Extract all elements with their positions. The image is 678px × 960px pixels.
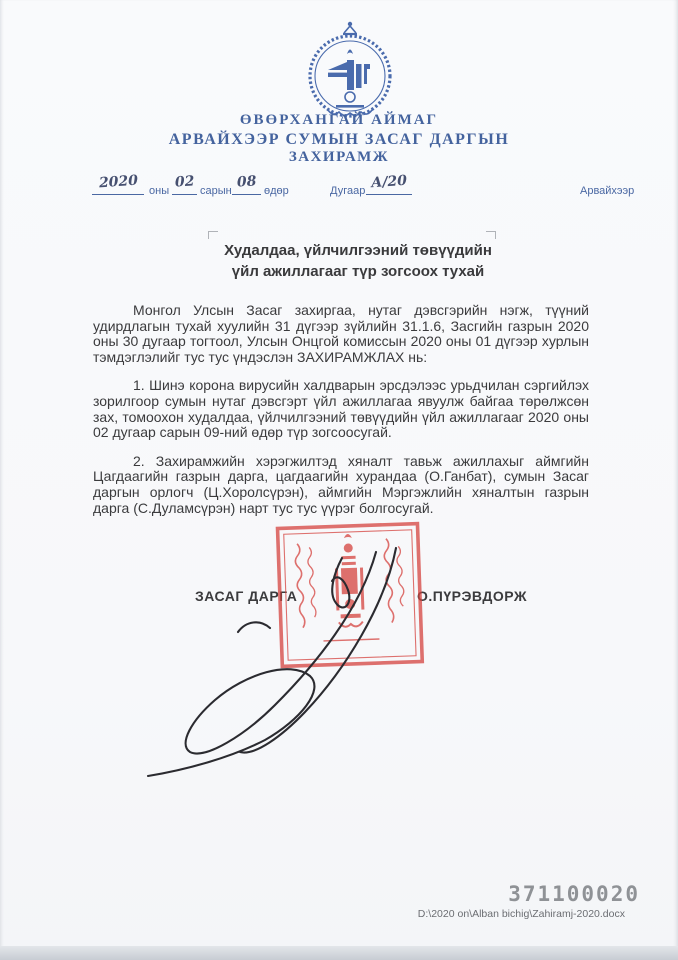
title-cropmark-right xyxy=(486,231,496,239)
day-handwritten: 08 xyxy=(236,171,257,192)
decree-title-line1: Худалдаа, үйлчилгээний төвүүдийн xyxy=(113,240,603,261)
item-2-paragraph: 2. Захирамжийн хэрэгжилтэд хяналт тавьж … xyxy=(93,454,589,516)
month-field: 02 xyxy=(172,172,197,195)
year-label: оны xyxy=(149,185,169,197)
day-label: өдөр xyxy=(264,185,289,197)
header-aimag: ӨВӨРХАНГАЙ АЙМАГ xyxy=(89,112,589,129)
number-handwritten: А/20 xyxy=(370,171,407,193)
decree-title: Худалдаа, үйлчилгээний төвүүдийн үйл ажи… xyxy=(113,240,603,282)
month-label: сарын xyxy=(200,185,232,197)
state-emblem-icon xyxy=(303,20,397,118)
scan-edge xyxy=(0,946,678,960)
title-cropmark-left xyxy=(208,231,218,239)
header-decree-word: ЗАХИРАМЖ xyxy=(89,149,589,166)
preamble-paragraph: Монгол Улсын Засаг захиргаа, нутаг дэвсг… xyxy=(93,303,589,365)
decree-body: Монгол Улсын Засаг захиргаа, нутаг дэвсг… xyxy=(93,303,589,529)
day-field: 08 xyxy=(232,172,261,195)
year-field: 2020 xyxy=(92,172,144,195)
signature-autograph xyxy=(120,535,430,790)
item-1-paragraph: 1. Шинэ корона вирусийн халдварын эрсдэл… xyxy=(93,378,589,440)
number-field: А/20 xyxy=(366,172,412,195)
scanned-decree-page: ӨВӨРХАНГАЙ АЙМАГ АРВАЙХЭЭР СУМЫН ЗАСАГ Д… xyxy=(0,0,678,960)
file-path-text: D:\2020 on\Alban bichig\Zahiramj-2020.do… xyxy=(385,908,625,920)
year-handwritten: 2020 xyxy=(98,171,138,194)
month-handwritten: 02 xyxy=(174,171,195,192)
header-soum-governor: АРВАЙХЭЭР СУМЫН ЗАСАГ ДАРГЫН xyxy=(89,131,589,149)
number-label: Дугаар xyxy=(330,185,365,197)
document-serial-number: 371100020 xyxy=(430,882,640,906)
place-name: Арвайхээр xyxy=(580,185,634,197)
decree-title-line2: үйл ажиллагааг түр зогсоох тухай xyxy=(113,261,603,282)
